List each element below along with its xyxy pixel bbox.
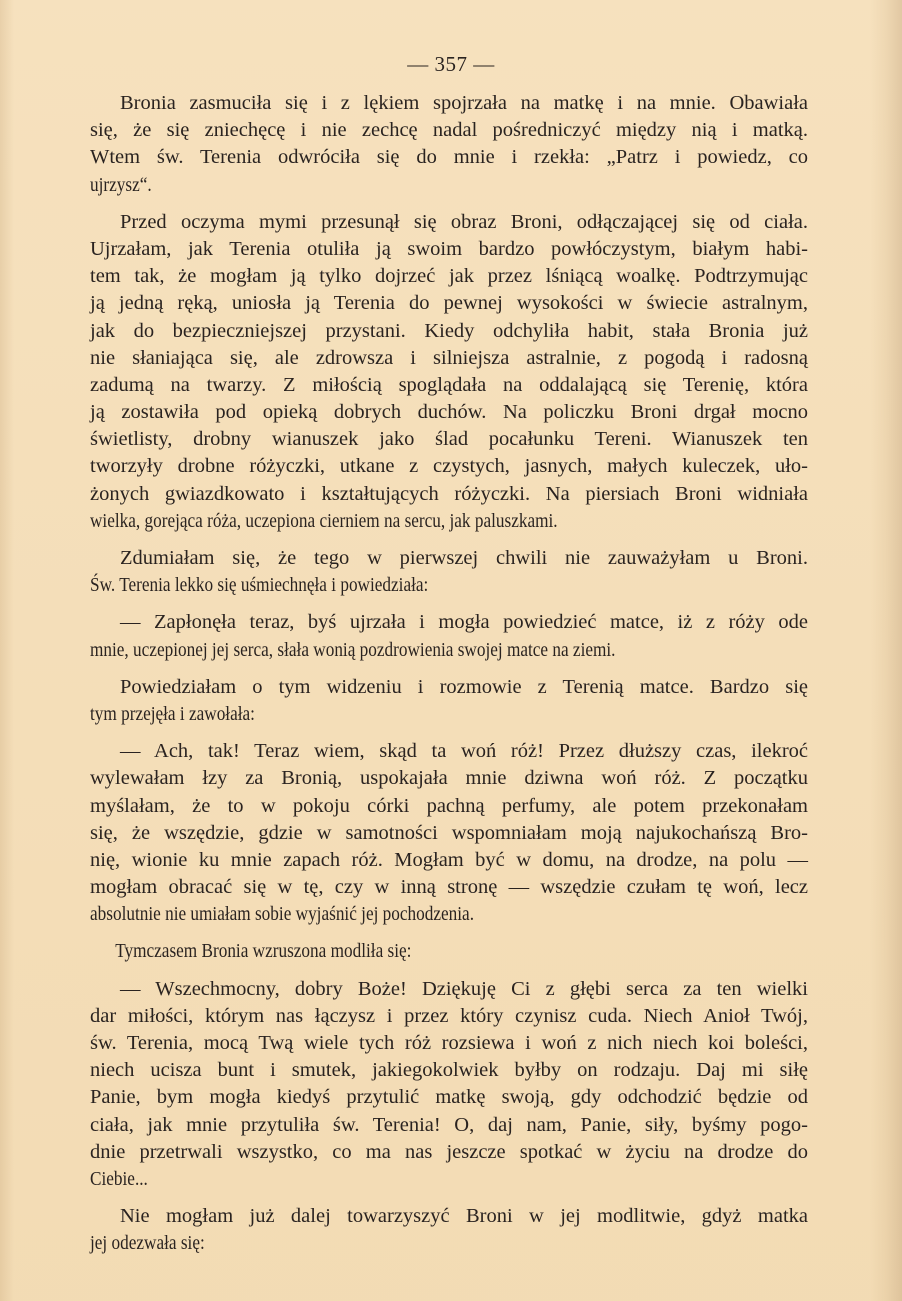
body-text: Bronia zasmuciła się i z lękiem spojrzał… bbox=[90, 90, 808, 1258]
text-line: Powiedziałam o tym widzeniu i rozmowie z… bbox=[90, 674, 808, 701]
paragraph: Przed oczyma mymi przesunął się obraz Br… bbox=[90, 209, 808, 535]
paragraph: — Ach, tak! Teraz wiem, skąd ta woń róż!… bbox=[90, 738, 808, 928]
text-line: Przed oczyma mymi przesunął się obraz Br… bbox=[90, 209, 808, 236]
text-line: ją zostawiła pod opieką dobrych duchów. … bbox=[90, 399, 808, 426]
text-line: niech ucisza bunt i smutek, jakiegokolwi… bbox=[90, 1057, 808, 1084]
text-line: dar miłości, którym nas łączysz i przez … bbox=[90, 1003, 808, 1030]
page-number: — 357 — bbox=[0, 52, 902, 77]
text-line: wylewałam łzy za Bronią, uspokajała mnie… bbox=[90, 765, 808, 792]
text-line: świetlisty, drobny wianuszek jako ślad p… bbox=[90, 426, 808, 453]
paragraph: Powiedziałam o tym widzeniu i rozmowie z… bbox=[90, 674, 808, 728]
text-line: Św. Terenia lekko się uśmiechnęła i powi… bbox=[90, 572, 808, 599]
text-line: św. Terenia, mocą Twą wiele tych róż roz… bbox=[90, 1030, 808, 1057]
text-line: ujrzysz“. bbox=[90, 172, 808, 199]
text-line: mnie, uczepionej jej serca, słała wonią … bbox=[90, 637, 808, 664]
text-line: Zdumiałam się, że tego w pierwszej chwil… bbox=[90, 545, 808, 572]
book-page: — 357 — Bronia zasmuciła się i z lękiem … bbox=[0, 0, 902, 1301]
text-line: Ciebie... bbox=[90, 1166, 808, 1193]
text-line: ją jedną ręką, uniosła ją Terenia do pew… bbox=[90, 290, 808, 317]
text-line: Nie mogłam już dalej towarzyszyć Broni w… bbox=[90, 1203, 808, 1230]
text-line: dnie przetrwali wszystko, co ma nas jesz… bbox=[90, 1139, 808, 1166]
text-line: się, że wszędzie, gdzie w samotności wsp… bbox=[90, 820, 808, 847]
paragraph: — Wszechmocny, dobry Boże! Dziękuję Ci z… bbox=[90, 976, 808, 1194]
paragraph: Bronia zasmuciła się i z lękiem spojrzał… bbox=[90, 90, 808, 199]
text-line: Ujrzałam, jak Terenia otuliła ją swoim b… bbox=[90, 236, 808, 263]
text-line: żonych gwiazdkowato i kształtujących róż… bbox=[90, 481, 808, 508]
text-line: myślałam, że to w pokoju córki pachną pe… bbox=[90, 793, 808, 820]
text-line: nie słaniająca się, ale zdrowsza i silni… bbox=[90, 345, 808, 372]
text-line: absolutnie nie umiałam sobie wyjaśnić je… bbox=[90, 901, 808, 928]
text-line: tym przejęła i zawołała: bbox=[90, 701, 808, 728]
text-line: jej odezwała się: bbox=[90, 1230, 808, 1257]
paragraph: Nie mogłam już dalej towarzyszyć Broni w… bbox=[90, 1203, 808, 1257]
paragraph: — Zapłonęła teraz, byś ujrzała i mogła p… bbox=[90, 609, 808, 663]
text-line: mogłam obracać się w tę, czy w inną stro… bbox=[90, 874, 808, 901]
text-line: tworzyły drobne różyczki, utkane z czyst… bbox=[90, 453, 808, 480]
text-line: tem tak, że mogłam ją tylko dojrzeć jak … bbox=[90, 263, 808, 290]
text-line: Panie, bym mogła kiedyś przytulić matkę … bbox=[90, 1084, 808, 1111]
text-line: jak do bezpieczniejszej przystani. Kiedy… bbox=[90, 318, 808, 345]
text-line: zadumą na twarzy. Z miłością spoglądała … bbox=[90, 372, 808, 399]
text-line: — Zapłonęła teraz, byś ujrzała i mogła p… bbox=[90, 609, 808, 636]
text-line: Tymczasem Bronia wzruszona modliła się: bbox=[90, 938, 828, 965]
text-line: ciała, jak mnie przytuliła św. Terenia! … bbox=[90, 1112, 808, 1139]
text-line: Bronia zasmuciła się i z lękiem spojrzał… bbox=[90, 90, 808, 117]
paragraph: Tymczasem Bronia wzruszona modliła się: bbox=[90, 938, 808, 965]
text-line: nię, wionie ku mnie zapach róż. Mogłam b… bbox=[90, 847, 808, 874]
text-line: wielka, gorejąca róża, uczepiona ciernie… bbox=[90, 508, 808, 535]
text-line: — Wszechmocny, dobry Boże! Dziękuję Ci z… bbox=[90, 976, 808, 1003]
text-line: się, że się zniechęcę i nie zechcę nadal… bbox=[90, 117, 808, 144]
text-line: — Ach, tak! Teraz wiem, skąd ta woń róż!… bbox=[90, 738, 808, 765]
paragraph: Zdumiałam się, że tego w pierwszej chwil… bbox=[90, 545, 808, 599]
text-line: Wtem św. Terenia odwróciła się do mnie i… bbox=[90, 144, 808, 171]
